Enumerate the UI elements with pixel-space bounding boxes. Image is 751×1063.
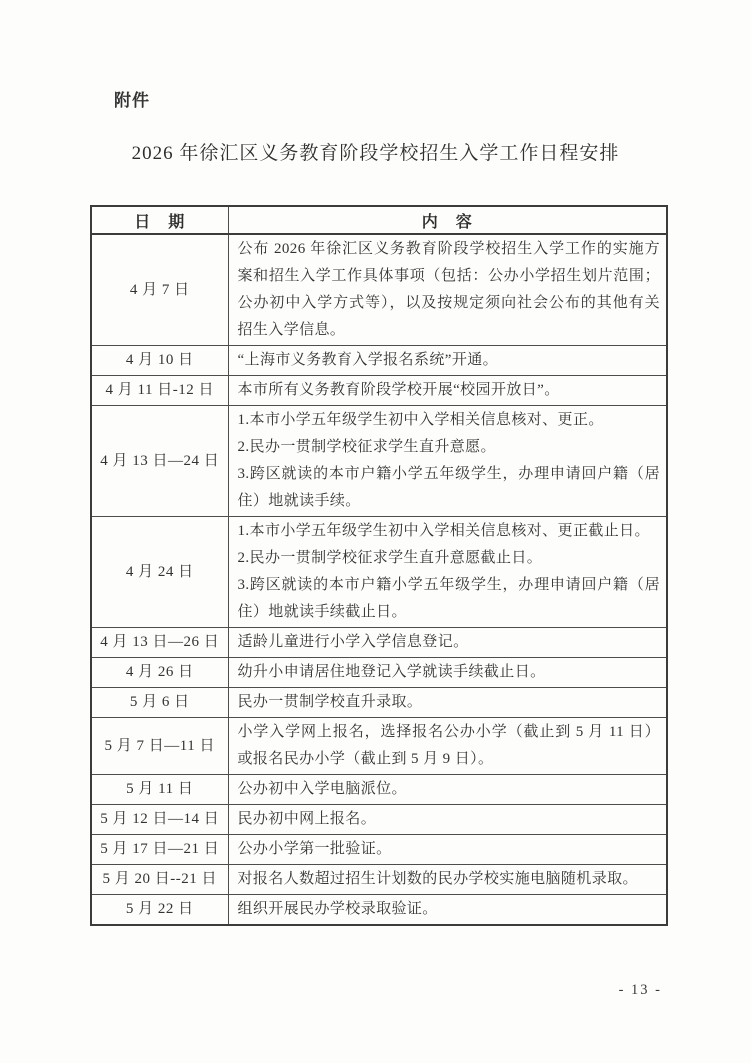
table-row: 4 月 7 日 公布 2026 年徐汇区义务教育阶段学校招生入学工作的实施方案和…	[91, 234, 667, 346]
date-cell: 5 月 20 日--21 日	[91, 865, 228, 895]
content-paragraph: 1.本市小学五年级学生初中入学相关信息核对、更正截止日。	[238, 518, 661, 545]
content-cell: 公办小学第一批验证。	[228, 835, 667, 865]
content-cell: 公布 2026 年徐汇区义务教育阶段学校招生入学工作的实施方案和招生入学工作具体…	[228, 234, 667, 346]
content-paragraph: 民办一贯制学校直升录取。	[238, 689, 661, 716]
document-title: 2026 年徐汇区义务教育阶段学校招生入学工作日程安排	[0, 138, 751, 165]
table-row: 5 月 11 日 公办初中入学电脑派位。	[91, 775, 667, 805]
date-cell: 4 月 26 日	[91, 658, 228, 688]
date-cell: 5 月 6 日	[91, 688, 228, 718]
date-cell: 5 月 7 日—11 日	[91, 718, 228, 775]
attachment-label: 附件	[114, 86, 150, 111]
table-header-content: 内 容	[228, 206, 667, 234]
content-paragraph: 3.跨区就读的本市户籍小学五年级学生，办理申请回户籍（居住）地就读手续。	[238, 461, 661, 515]
content-cell: 组织开展民办学校录取验证。	[228, 895, 667, 926]
content-cell: 幼升小申请居住地登记入学就读手续截止日。	[228, 658, 667, 688]
content-paragraph: 民办初中网上报名。	[238, 806, 661, 833]
table-row: 4 月 10 日 “上海市义务教育入学报名系统”开通。	[91, 346, 667, 376]
table-row: 5 月 17 日—21 日 公办小学第一批验证。	[91, 835, 667, 865]
table-header: 日 期 内 容	[91, 206, 667, 234]
content-cell: 民办一贯制学校直升录取。	[228, 688, 667, 718]
date-cell: 4 月 13 日—24 日	[91, 406, 228, 517]
content-cell: 公办初中入学电脑派位。	[228, 775, 667, 805]
content-paragraph: 本市所有义务教育阶段学校开展“校园开放日”。	[238, 377, 661, 404]
date-cell: 4 月 24 日	[91, 517, 228, 628]
date-cell: 4 月 13 日—26 日	[91, 628, 228, 658]
content-cell: 适龄儿童进行小学入学信息登记。	[228, 628, 667, 658]
content-cell: “上海市义务教育入学报名系统”开通。	[228, 346, 667, 376]
content-cell: 本市所有义务教育阶段学校开展“校园开放日”。	[228, 376, 667, 406]
table-row: 4 月 13 日—26 日 适龄儿童进行小学入学信息登记。	[91, 628, 667, 658]
content-paragraph: “上海市义务教育入学报名系统”开通。	[238, 347, 661, 374]
date-cell: 5 月 22 日	[91, 895, 228, 926]
date-cell: 5 月 11 日	[91, 775, 228, 805]
document-page: 附件 2026 年徐汇区义务教育阶段学校招生入学工作日程安排 日 期 内 容 4…	[0, 0, 751, 1063]
table-header-row: 日 期 内 容	[91, 206, 667, 234]
table-body: 4 月 7 日 公布 2026 年徐汇区义务教育阶段学校招生入学工作的实施方案和…	[91, 234, 667, 925]
date-cell: 4 月 10 日	[91, 346, 228, 376]
content-paragraph: 小学入学网上报名，选择报名公办小学（截止到 5 月 11 日）或报名民办小学（截…	[238, 719, 661, 773]
schedule-table: 日 期 内 容 4 月 7 日 公布 2026 年徐汇区义务教育阶段学校招生入学…	[90, 205, 668, 926]
content-cell: 1.本市小学五年级学生初中入学相关信息核对、更正截止日。2.民办一贯制学校征求学…	[228, 517, 667, 628]
content-paragraph: 3.跨区就读的本市户籍小学五年级学生，办理申请回户籍（居住）地就读手续截止日。	[238, 572, 661, 626]
date-cell: 5 月 17 日—21 日	[91, 835, 228, 865]
table-row: 4 月 11 日-12 日 本市所有义务教育阶段学校开展“校园开放日”。	[91, 376, 667, 406]
content-paragraph: 2.民办一贯制学校征求学生直升意愿截止日。	[238, 545, 661, 572]
table-row: 5 月 12 日—14 日 民办初中网上报名。	[91, 805, 667, 835]
content-paragraph: 适龄儿童进行小学入学信息登记。	[238, 629, 661, 656]
content-paragraph: 公办小学第一批验证。	[238, 836, 661, 863]
content-cell: 民办初中网上报名。	[228, 805, 667, 835]
content-paragraph: 1.本市小学五年级学生初中入学相关信息核对、更正。	[238, 407, 661, 434]
date-cell: 4 月 7 日	[91, 234, 228, 346]
date-cell: 4 月 11 日-12 日	[91, 376, 228, 406]
table-row: 5 月 6 日 民办一贯制学校直升录取。	[91, 688, 667, 718]
table-row: 5 月 7 日—11 日 小学入学网上报名，选择报名公办小学（截止到 5 月 1…	[91, 718, 667, 775]
table-header-date: 日 期	[91, 206, 228, 234]
page-number: - 13 -	[619, 982, 662, 999]
content-paragraph: 对报名人数超过招生计划数的民办学校实施电脑随机录取。	[238, 866, 661, 893]
content-cell: 1.本市小学五年级学生初中入学相关信息核对、更正。2.民办一贯制学校征求学生直升…	[228, 406, 667, 517]
date-cell: 5 月 12 日—14 日	[91, 805, 228, 835]
content-cell: 小学入学网上报名，选择报名公办小学（截止到 5 月 11 日）或报名民办小学（截…	[228, 718, 667, 775]
table-row: 4 月 26 日 幼升小申请居住地登记入学就读手续截止日。	[91, 658, 667, 688]
table-row: 4 月 24 日 1.本市小学五年级学生初中入学相关信息核对、更正截止日。2.民…	[91, 517, 667, 628]
content-paragraph: 公办初中入学电脑派位。	[238, 776, 661, 803]
table-row: 5 月 20 日--21 日 对报名人数超过招生计划数的民办学校实施电脑随机录取…	[91, 865, 667, 895]
content-paragraph: 组织开展民办学校录取验证。	[238, 896, 661, 923]
table-row: 5 月 22 日 组织开展民办学校录取验证。	[91, 895, 667, 926]
content-cell: 对报名人数超过招生计划数的民办学校实施电脑随机录取。	[228, 865, 667, 895]
content-paragraph: 幼升小申请居住地登记入学就读手续截止日。	[238, 659, 661, 686]
content-paragraph: 2.民办一贯制学校征求学生直升意愿。	[238, 434, 661, 461]
table-row: 4 月 13 日—24 日 1.本市小学五年级学生初中入学相关信息核对、更正。2…	[91, 406, 667, 517]
content-paragraph: 公布 2026 年徐汇区义务教育阶段学校招生入学工作的实施方案和招生入学工作具体…	[238, 236, 661, 344]
